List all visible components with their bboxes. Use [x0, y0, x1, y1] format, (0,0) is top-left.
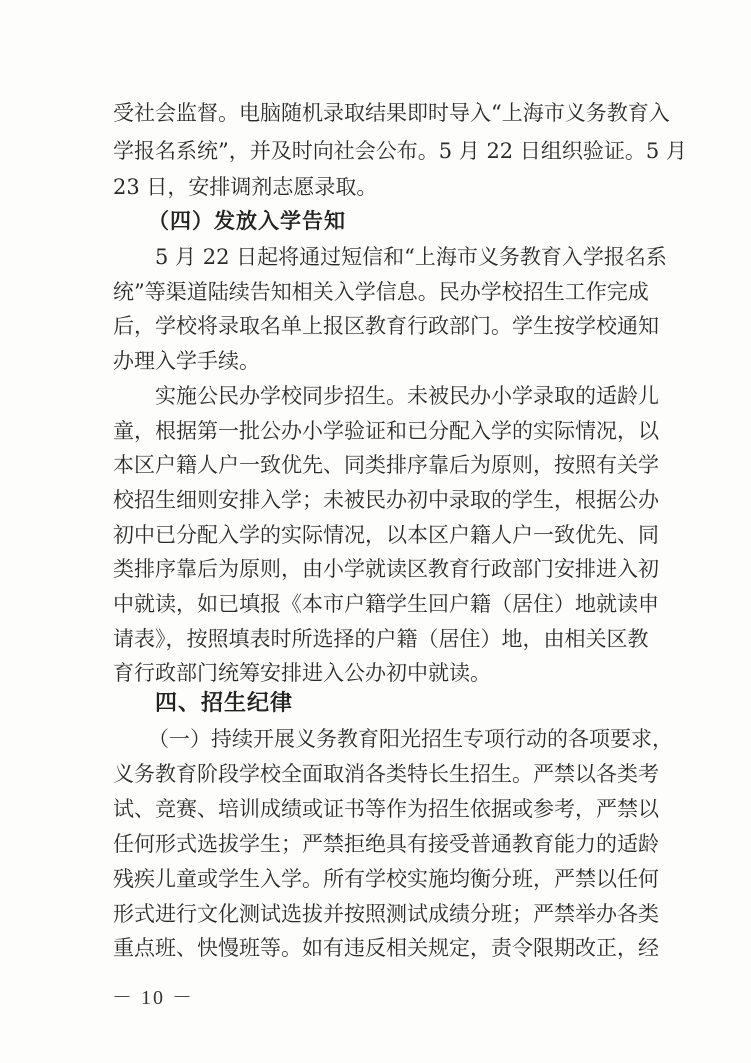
text-line: 重点班、快慢班等。如有违反相关规定，责令限期改正，经 — [113, 933, 639, 963]
page-number: － 10 － — [112, 985, 194, 1011]
text-line: 类排序靠后为原则，由小学就读区教育行政部门安排进入初 — [113, 554, 639, 584]
text-line: 5 月 22 日起将通过短信和“上海市义务教育入学报名系 — [155, 242, 639, 272]
text-line: 学报名系统”，并及时向社会公布。5 月 22 日组织验证。5 月 — [113, 136, 639, 166]
text-line: 童，根据第一批公办小学验证和已分配入学的实际情况，以 — [113, 416, 639, 446]
document-page: 受社会监督。电脑随机录取结果即时导入“上海市义务教育入 学报名系统”，并及时向社… — [0, 0, 751, 1063]
text-line: 试、竞赛、培训成绩或证书等作为招生依据或参考，严禁以 — [113, 794, 639, 824]
text-line: 残疾儿童或学生入学。所有学校实施均衡分班，严禁以任何 — [113, 864, 639, 894]
text-line: 义务教育阶段学校全面取消各类特长生招生。严禁以各类考 — [113, 759, 639, 789]
text-line: 后，学校将录取名单上报区教育行政部门。学生按学校通知 — [113, 311, 639, 341]
text-line: 统”等渠道陆续告知相关入学信息。民办学校招生工作完成 — [113, 277, 639, 307]
text-line: 形式进行文化测试选拔并按照测试成绩分班；严禁举办各类 — [113, 899, 639, 929]
text-line: 校招生细则安排入学；未被民办初中录取的学生，根据公办 — [113, 485, 639, 515]
subsection-heading: （四）发放入学告知 — [148, 206, 346, 236]
text-line: （一）持续开展义务教育阳光招生专项行动的各项要求， — [148, 724, 646, 754]
section-heading: 四、招生纪律 — [155, 689, 293, 719]
text-line: 23 日，安排调剂志愿录取。 — [113, 172, 639, 202]
text-line: 初中已分配入学的实际情况，以本区户籍人户一致优先、同 — [113, 520, 639, 550]
text-line: 办理入学手续。 — [113, 346, 639, 376]
text-line: 育行政部门统筹安排进入公办初中就读。 — [113, 658, 639, 688]
text-line: 中就读，如已填报《本市户籍学生回户籍（居住）地就读申 — [113, 589, 639, 619]
text-line: 实施公民办学校同步招生。未被民办小学录取的适龄儿 — [155, 381, 639, 411]
text-line: 任何形式选拔学生；严禁拒绝具有接受普通教育能力的适龄 — [113, 829, 639, 859]
text-line: 请表》，按照填表时所选择的户籍（居住）地，由相关区教 — [113, 624, 639, 654]
text-line: 受社会监督。电脑随机录取结果即时导入“上海市义务教育入 — [113, 98, 639, 128]
text-line: 本区户籍人户一致优先、同类排序靠后为原则，按照有关学 — [113, 450, 639, 480]
